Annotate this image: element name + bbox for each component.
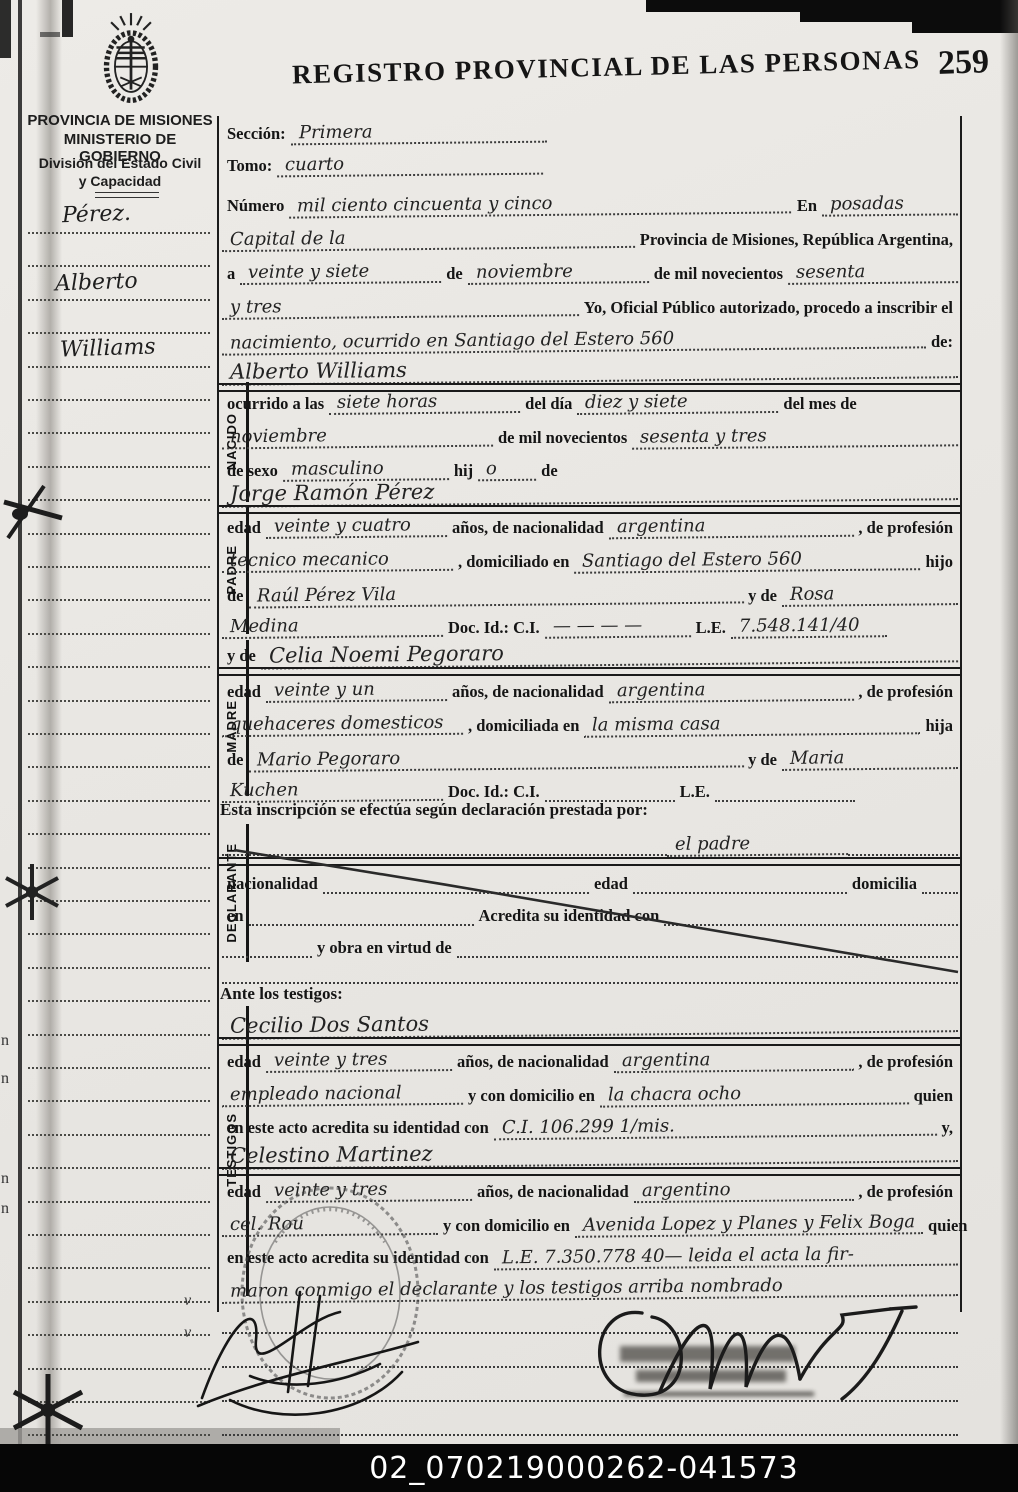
margin-letter: n <box>1 1170 9 1188</box>
handwritten-entry: veinte y tres <box>266 1049 452 1073</box>
form-heading-text: Esta inscripción se efectúa según declar… <box>220 800 648 820</box>
sidebar-dotted-line <box>28 466 210 468</box>
printed-label: de mil novecientos <box>649 264 788 284</box>
printed-label: hija <box>920 716 958 736</box>
form-right-border <box>960 116 962 1312</box>
form-row: deRaúl Pérez Vilay deRosa <box>222 580 958 606</box>
sidebar-dotted-line <box>28 1234 210 1236</box>
handwritten-entry: y tres <box>222 294 579 320</box>
printed-label: Sección: <box>222 124 291 144</box>
handwritten-entry: veinte y cuatro <box>266 515 447 539</box>
handwritten-entry: C.I. 106.299 1/mis. <box>494 1114 937 1140</box>
sidebar-dotted-line <box>28 766 210 768</box>
handwritten-entry: sesenta y tres <box>632 424 958 449</box>
sidebar-dotted-line <box>28 1334 210 1336</box>
scanned-birth-certificate: REGISTRO PROVINCIAL DE LAS PERSONAS 259 … <box>0 0 1018 1492</box>
handwritten-entry: quehaceres domesticos <box>222 713 463 737</box>
margin-letter: n <box>1 1032 9 1050</box>
form-row: y deCelia Noemi Pegoraro <box>222 640 958 666</box>
form-row: nacimiento, ocurrido en Santiago del Est… <box>222 326 958 352</box>
printed-label: , de profesión <box>853 682 958 702</box>
handwritten-entry: Santiago del Estero 560 <box>574 548 920 573</box>
form-row: KuchenDoc. Id.: C.I.L.E. <box>222 776 958 802</box>
printed-label: L.E. <box>675 782 715 802</box>
sidebar-dotted-line <box>28 332 210 334</box>
page-number: 259 <box>937 43 989 83</box>
cross-out-line <box>230 840 965 980</box>
scan-edge-mark <box>40 32 60 37</box>
handwritten-entry: Avenida Lopez y Planes y Felix Boga <box>575 1212 923 1237</box>
printed-label: Provincia de Misiones, República Argenti… <box>635 230 958 250</box>
printed-label: y de <box>222 646 261 666</box>
handwritten-entry: cuarto <box>277 153 543 178</box>
org-division-line: y Capacidad <box>24 173 216 189</box>
index-surname: Pérez. <box>62 201 132 228</box>
printed-label: de: <box>926 332 958 352</box>
org-name-line: PROVINCIA DE MISIONES <box>24 112 216 129</box>
handwritten-entry: mil ciento cincuenta y cinco <box>289 192 792 219</box>
form-row: ocurrido a lassiete horasdel díadiez y s… <box>222 388 958 414</box>
printed-label: de <box>441 264 468 284</box>
double-rule <box>218 1037 962 1046</box>
page-title: REGISTRO PROVINCIAL DE LAS PERSONAS <box>292 45 903 91</box>
handwritten-entry: Raúl Pérez Vila <box>248 582 743 609</box>
index-name: Williams <box>60 334 156 362</box>
handwritten-entry: 7.548.141/40 <box>731 615 887 638</box>
form-row: MedinaDoc. Id.: C.I.— — — —L.E.7.548.141… <box>222 612 958 638</box>
form-row: Tomo:cuarto <box>222 150 958 176</box>
printed-label: y, <box>937 1118 958 1138</box>
sidebar-dotted-line <box>28 432 210 434</box>
double-rule <box>218 1167 962 1176</box>
sidebar-dotted-line <box>28 666 210 668</box>
printed-label: en este acto acredita su identidad con <box>222 1118 494 1138</box>
form-row: aveinte y sietedenoviembrede mil novecie… <box>222 258 958 284</box>
handwritten-entry: Cecilio Dos Santos <box>222 1007 958 1040</box>
sidebar-dotted-line <box>28 1301 210 1303</box>
sidebar-dotted-line <box>28 1134 210 1136</box>
double-rule <box>218 667 962 676</box>
argentina-coat-of-arms-icon <box>85 10 177 108</box>
printed-label: a <box>222 264 240 284</box>
handwritten-entry: Capital de la <box>222 226 635 252</box>
margin-letter: n <box>1 1070 9 1088</box>
form-row: y tresYo, Oficial Público autorizado, pr… <box>222 292 958 318</box>
form-row: Capital de laProvincia de Misiones, Repú… <box>222 224 958 250</box>
sidebar-dotted-line <box>28 1067 210 1069</box>
printed-label: edad <box>222 518 266 538</box>
blank-dotted-line <box>715 782 855 802</box>
sidebar-dotted-line <box>28 1368 210 1370</box>
scan-code-bar: 02_070219000262-041573 <box>0 1444 1018 1492</box>
sidebar-dotted-line <box>28 232 210 234</box>
signature-right <box>580 1295 925 1410</box>
scan-shadow <box>1000 0 1018 1492</box>
handwritten-entry: siete horas <box>329 391 520 415</box>
handwritten-entry: veinte y siete <box>240 261 441 285</box>
handwritten-entry: argentino <box>634 1179 854 1203</box>
form-row: Sección:Primera <box>222 118 958 144</box>
form-row: en este acto acredita su identidad conC.… <box>222 1112 958 1138</box>
sidebar-dotted-line <box>28 800 210 802</box>
handwritten-entry: noviembre <box>222 425 493 450</box>
index-firstname: Alberto <box>55 269 138 297</box>
sidebar-dotted-line <box>28 733 210 735</box>
form-row: Cecilio Dos Santos <box>222 1010 958 1036</box>
binding-fold <box>36 0 62 1448</box>
printed-label: años, de nacionalidad <box>472 1182 634 1202</box>
form-row: empleado nacionaly con domicilio enla ch… <box>222 1080 958 1106</box>
handwritten-entry: posadas <box>822 193 958 216</box>
blank-dotted-line <box>545 782 675 802</box>
handwritten-entry: Maria <box>782 747 958 771</box>
printed-label: Doc. Id.: C.I. <box>443 618 545 638</box>
handwritten-entry: sesenta <box>788 261 958 285</box>
printed-label: años, de nacionalidad <box>447 682 609 702</box>
handwritten-entry: Celestino Martinez <box>222 1137 958 1170</box>
printed-label: y de <box>743 586 782 606</box>
printed-label: y de <box>743 750 782 770</box>
handwritten-entry: nacimiento, ocurrido en Santiago del Est… <box>222 327 926 356</box>
handwritten-entry: — — — — <box>545 615 691 638</box>
form-row: Alberto Williams <box>222 356 958 382</box>
form-row: noviembrede mil novecientossesenta y tre… <box>222 422 958 448</box>
handwritten-entry: veinte y un <box>266 679 447 703</box>
sidebar-dotted-line <box>28 1267 210 1269</box>
sidebar-dotted-line <box>28 399 210 401</box>
printed-label: , domiciliado en <box>453 552 574 572</box>
handwritten-entry: Mario Pegoraro <box>248 746 743 773</box>
handwritten-entry: Medina <box>222 615 443 639</box>
handwritten-entry: la chacra ocho <box>600 1083 909 1108</box>
handwritten-entry: noviembre <box>468 261 649 285</box>
form-row: Celestino Martinez <box>222 1140 958 1166</box>
form-heading-text: Ante los testigos: <box>220 984 343 1004</box>
printed-label: ocurrido a las <box>222 394 329 414</box>
sidebar-dotted-line <box>28 967 210 969</box>
form-row: Númeromil ciento cincuenta y cincoEnposa… <box>222 190 958 216</box>
printed-label: de <box>222 586 249 606</box>
sidebar-dotted-line <box>28 700 210 702</box>
form-row: edadveinte y tresaños, de nacionalidadar… <box>222 1046 958 1072</box>
handwritten-entry: argentina <box>614 1049 854 1073</box>
form-row: tecnico mecanico, domiciliado enSantiago… <box>222 546 958 572</box>
sidebar-dotted-line <box>28 366 210 368</box>
sidebar-dotted-line <box>28 1201 210 1203</box>
printed-label: edad <box>222 1052 266 1072</box>
handwritten-entry: L.E. 7.350.778 40— leida el acta la fir- <box>494 1244 958 1271</box>
printed-label: , de profesión <box>853 1052 958 1072</box>
ink-star-mark <box>8 1372 88 1448</box>
printed-label: , domiciliada en <box>463 716 584 736</box>
margin-letter: n <box>1 1200 9 1218</box>
printed-label: quien <box>923 1216 972 1236</box>
printed-label: quien <box>909 1086 958 1106</box>
printed-label: años, de nacionalidad <box>447 518 609 538</box>
sidebar-dotted-line <box>28 633 210 635</box>
handwritten-entry: empleado nacional <box>222 1083 463 1107</box>
printed-label: años, de nacionalidad <box>452 1052 614 1072</box>
printed-label: del día <box>520 394 577 414</box>
handwritten-entry: Alberto Williams <box>222 353 958 386</box>
form-row: deMario Pegoraroy deMaria <box>222 744 958 770</box>
scan-edge-mark <box>62 0 73 37</box>
handwritten-entry: tecnico mecanico <box>222 549 453 573</box>
handwritten-entry: Rosa <box>782 583 958 607</box>
printed-label: del mes de <box>778 394 861 414</box>
ink-star-mark <box>2 862 62 922</box>
sidebar-dotted-line <box>28 599 210 601</box>
sidebar-dotted-line <box>28 1100 210 1102</box>
scan-code: 02_070219000262-041573 <box>369 1451 799 1486</box>
form-row: Jorge Ramón Pérez <box>222 478 958 504</box>
form-row: edadveinte y unaños, de nacionalidadarge… <box>222 676 958 702</box>
printed-label: Yo, Oficial Público autorizado, procedo … <box>579 298 958 318</box>
sidebar-dotted-line <box>28 1000 210 1002</box>
printed-label: , de profesión <box>853 518 958 538</box>
printed-label: En <box>792 196 822 216</box>
printed-label: y con domicilio en <box>438 1216 575 1236</box>
sidebar-dotted-line <box>28 566 210 568</box>
sidebar-dotted-line <box>28 1167 210 1169</box>
printed-label: Tomo: <box>222 156 277 176</box>
form-row: edadveinte y cuatroaños, de nacionalidad… <box>222 512 958 538</box>
handwritten-entry: Jorge Ramón Pérez <box>222 475 958 508</box>
sidebar-dotted-line <box>28 933 210 935</box>
printed-label: de mil novecientos <box>493 428 632 448</box>
divider <box>95 192 159 198</box>
printed-label: L.E. <box>691 618 731 638</box>
handwritten-entry: diez y siete <box>577 391 778 415</box>
form-row: quehaceres domesticos, domiciliada enla … <box>222 710 958 736</box>
printed-label: de <box>222 750 249 770</box>
handwritten-entry: argentina <box>609 515 854 539</box>
handwritten-entry: Celia Noemi Pegoraro <box>261 637 958 669</box>
printed-label: hijo <box>920 552 958 572</box>
org-division-line: División del Estado Civil <box>24 155 216 171</box>
ink-cross-mark <box>0 480 80 550</box>
handwritten-entry: Primera <box>291 121 547 145</box>
sidebar-dotted-line <box>28 1034 210 1036</box>
handwritten-entry: la misma casa <box>584 712 920 737</box>
printed-label: Número <box>222 196 289 216</box>
printed-label: edad <box>222 682 266 702</box>
handwritten-entry: argentina <box>609 679 854 703</box>
signature-left <box>190 1280 440 1420</box>
sidebar-dotted-line <box>28 299 210 301</box>
book-edge-line <box>18 0 22 1448</box>
sidebar-dotted-line <box>28 265 210 267</box>
printed-label: y con domicilio en <box>463 1086 600 1106</box>
scan-edge-mark <box>0 0 11 58</box>
printed-label: , de profesión <box>853 1182 958 1202</box>
sidebar-dotted-line <box>28 833 210 835</box>
